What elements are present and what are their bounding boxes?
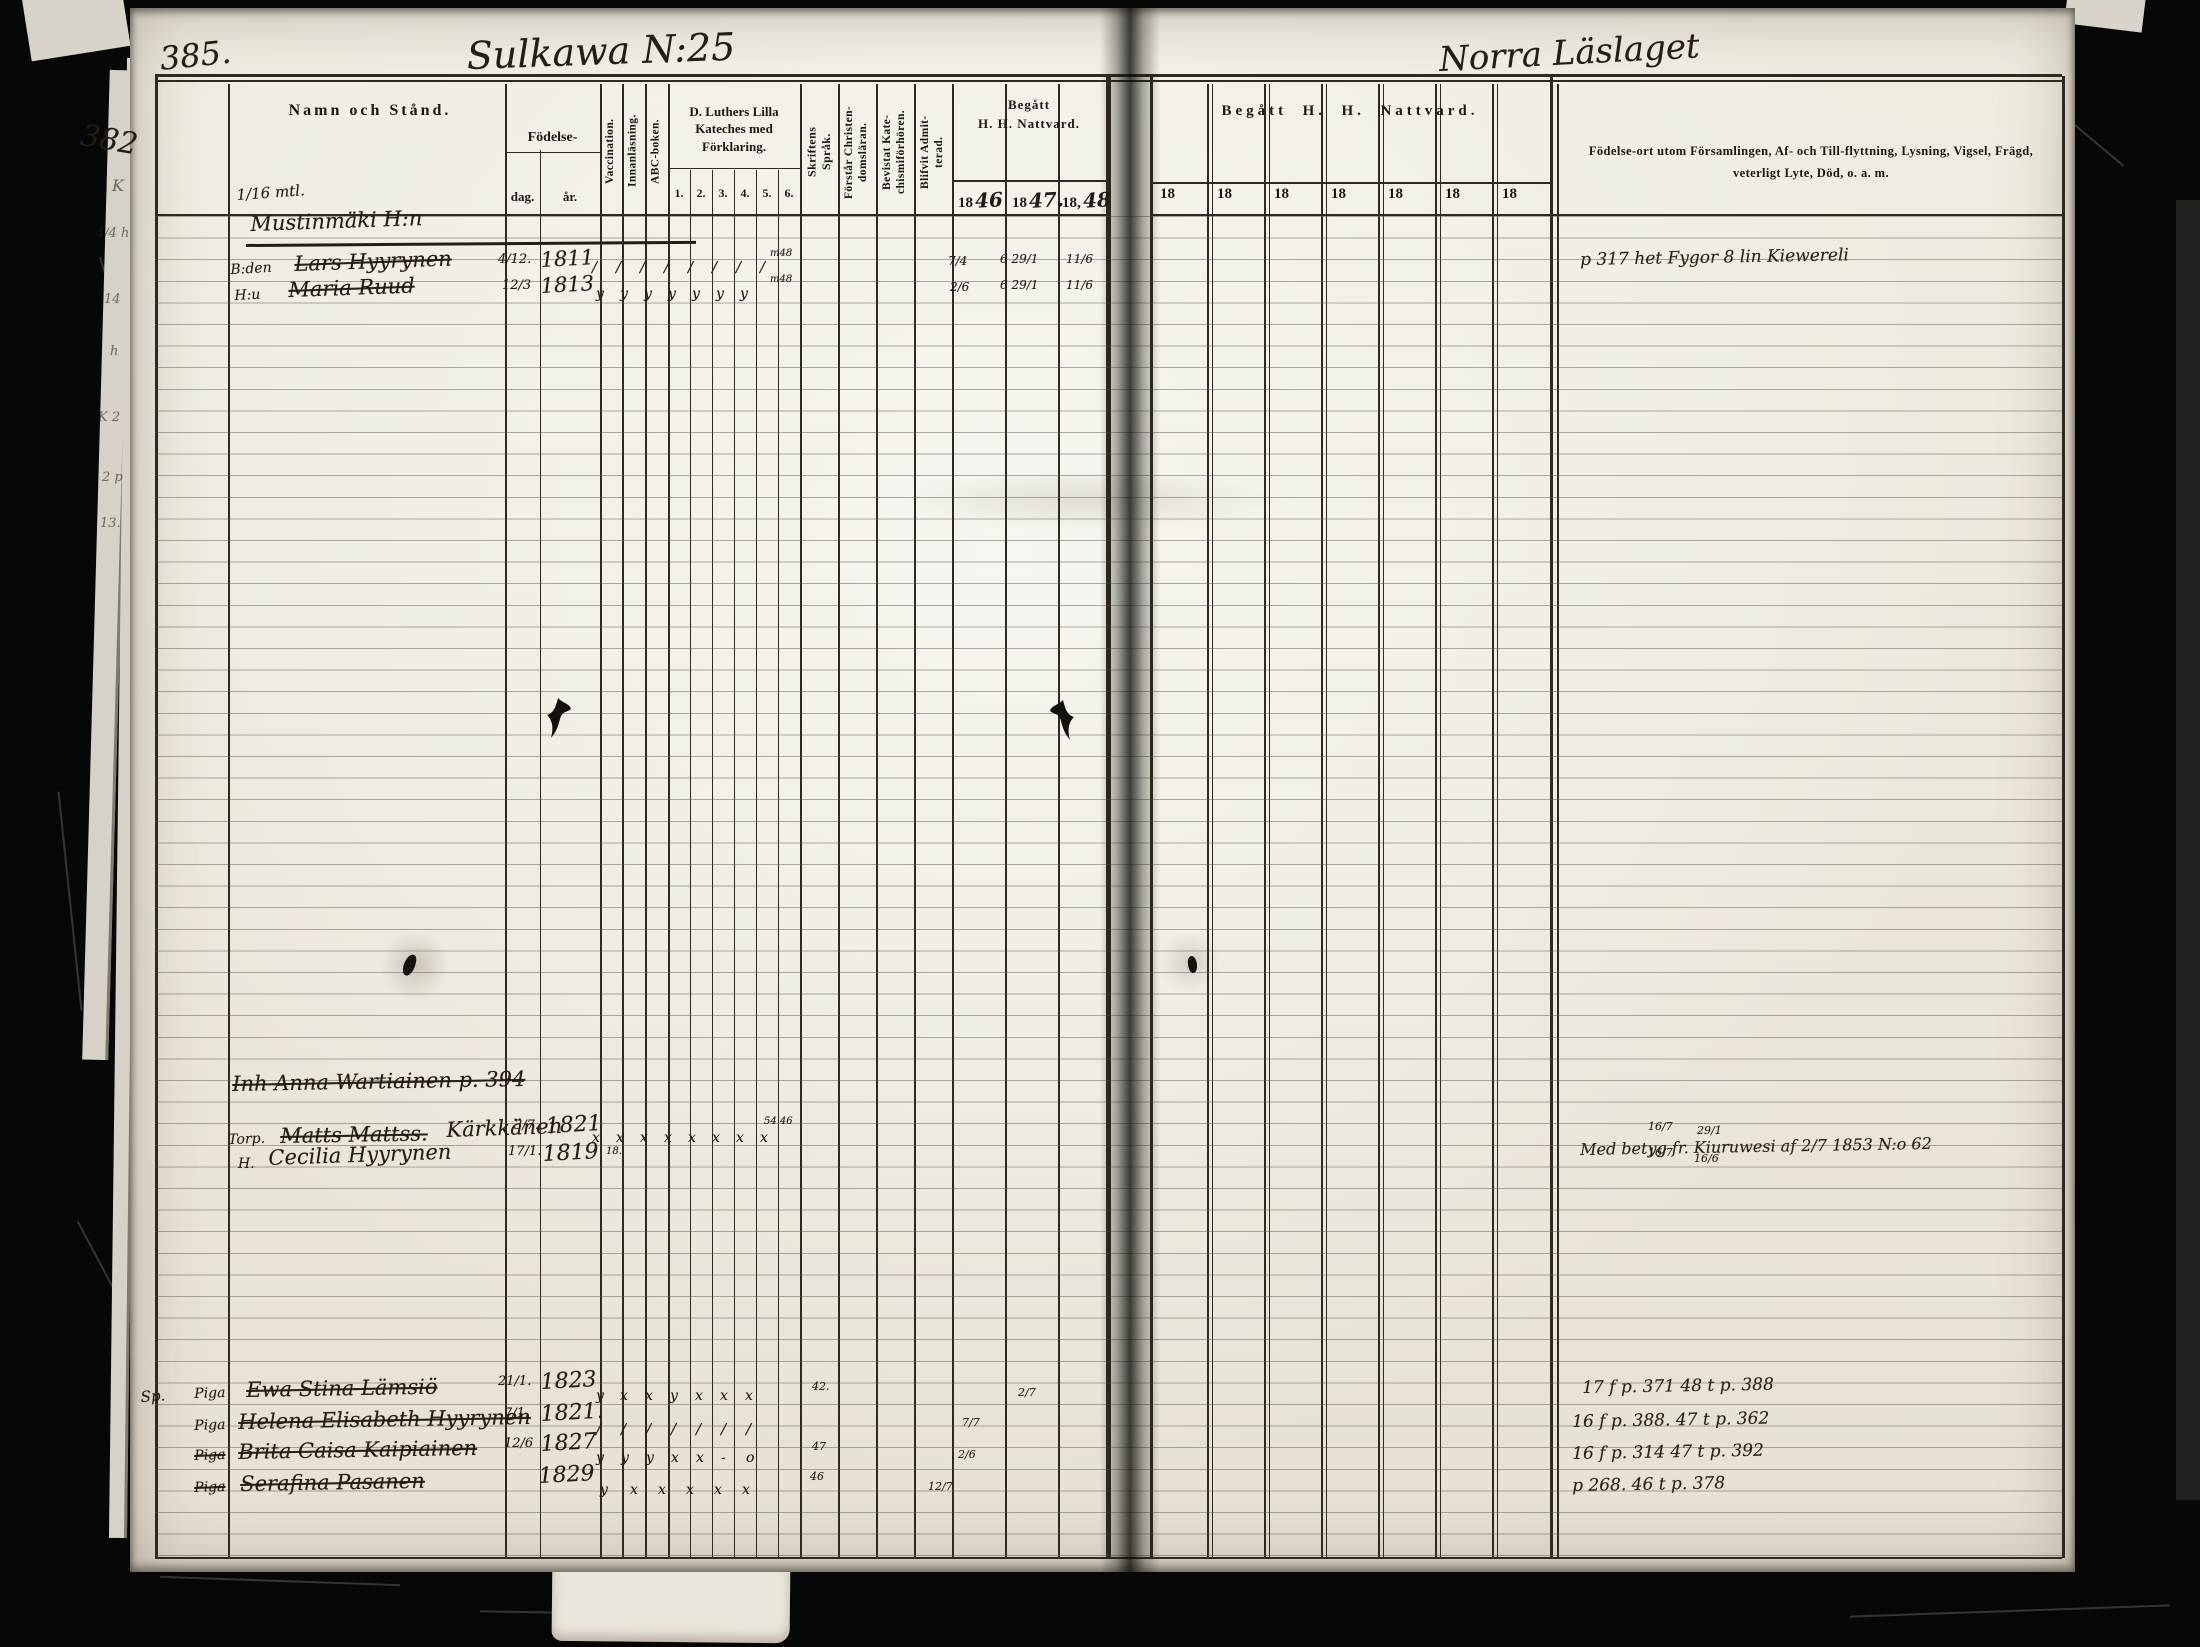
birth-year-header: år. [540,186,600,208]
row3-birth-day: 3/7. [514,1118,539,1133]
right-year-label: 18 [1274,186,1289,203]
handwritten-text: 16/7 [1648,1146,1673,1159]
handwritten-text: y [668,286,676,302]
row8-birth-year: 1829 [538,1461,595,1489]
ink-blot [1046,698,1076,742]
handwritten-text: 12/7 [928,1480,953,1493]
handwritten-text: x [658,1482,666,1498]
handwritten-text: 16/6 [1694,1152,1719,1165]
communion-right-header: Begått H. H. Nattvard. [1150,96,1550,126]
row-line [505,152,600,153]
handwritten-text: x [671,1450,679,1466]
handwritten-text: 2/7 [1018,1386,1036,1399]
handwritten-text: x [688,1130,696,1146]
communion-left-header: Begått H. H. Nattvard. [952,92,1106,136]
birth-day-header: dag. [505,186,540,208]
handwritten-text: 42. [812,1380,830,1393]
right-year-label: 18 [1445,186,1460,203]
handwritten-text: o [746,1450,754,1466]
handwritten-text: / [721,1420,726,1438]
row4-status: H. [238,1156,255,1172]
catechism-col-number: 3. [712,186,734,201]
row7-name: Brita Caisa Kaipiainen [238,1436,477,1464]
handwritten-text: / [616,258,621,276]
handwritten-text: 11/6 [1066,278,1093,292]
handwritten-text: x [645,1388,653,1404]
row1-birth-day: 4/12. [498,252,531,267]
row-line [1150,182,1550,184]
handwritten-text: 7/7 [962,1416,980,1429]
reading-header: Innanläsning. [622,88,645,214]
catechism-col-number: 6. [778,186,800,201]
handwritten-text: / [712,258,717,276]
remarks-header: Födelse-ort utom Församlingen, Af- och T… [1572,134,2050,190]
handwritten-text: / [688,258,693,276]
row4-birth-day: 17/1. [508,1144,541,1159]
right-year-label: 18 [1388,186,1403,203]
abc-book-header: ABC-boken. [645,88,668,214]
vaccination-header: Vaccination. [600,88,622,214]
farm-share: 1/16 mtl. [236,181,305,204]
year-cell-1848: 18,48 [1062,184,1108,212]
row1-birth-year: 1811 [540,245,595,272]
ruled-lines [155,216,2062,1558]
handwritten-text: y [596,1450,604,1466]
handwritten-text: 14 [104,292,121,307]
handwritten-text: 6 29/1 [1000,252,1038,266]
handwritten-text: 13. [100,516,121,531]
row-line [155,80,2062,82]
handwritten-text: K 2 [98,410,120,425]
handwritten-text: 46 [810,1470,824,1483]
handwritten-text: / [736,258,741,276]
column-line [2062,76,2065,1558]
row6-birth-year: 1821. [540,1399,604,1427]
handwritten-text: y [716,286,724,302]
row-line [668,168,800,169]
handwritten-text: x [745,1388,753,1404]
row4-birth-year: 1819 [542,1139,599,1167]
row2-status: H:u [234,287,261,304]
handwritten-text: x [686,1482,694,1498]
handwritten-text: 18. [606,1146,622,1157]
name-column-header: Namn och Stånd. [240,96,500,126]
handwritten-text: 47 [812,1440,826,1453]
handwritten-text: h [110,344,118,359]
handwritten-text: / [664,258,669,276]
handwritten-text: y [596,286,604,302]
scanned-document: Namn och Stånd. Födelse- dag. år. Vaccin… [0,0,2200,1647]
handwritten-text: - [721,1450,726,1466]
row2-birth-year: 1813 [540,271,595,298]
handwritten-text: x [640,1130,648,1146]
handwritten-text: K [112,176,124,195]
handwritten-text: m48 [770,248,792,259]
handwritten-text: x [664,1130,672,1146]
handwritten-text: y [740,286,748,302]
row1-status: B:den [230,260,272,278]
handwritten-text: m48 [770,274,792,285]
handwritten-text: 4/4 h [96,226,129,241]
catechism-col-number: 2. [690,186,712,201]
underlying-page-number: 382 [78,118,140,162]
row7-birth-day: 12/6 [504,1436,533,1451]
year-cell-1847: 1847. [1012,184,1058,212]
handwritten-text: / [760,258,765,276]
handwritten-text: 11/6 [1066,252,1093,266]
row7-birth-year: 1827 [540,1429,597,1457]
right-year-label: 18 [1160,186,1175,203]
row7-remark: 16 f p. 314 47 t p. 392 [1572,1441,1764,1464]
right-year-label: 18 [1331,186,1346,203]
handwritten-text: / [746,1420,751,1438]
handwritten-text: 16/7 [1648,1120,1673,1133]
mid-note: Inh Anna Wartiainen p. 394 [232,1067,526,1096]
row8-name: Serafina Pasanen [240,1469,425,1496]
handwritten-text: / [596,1420,601,1438]
row6-name: Helena Elisabeth Hyyrynen [238,1405,531,1434]
year-cell-1846: 1846 [958,184,1004,212]
handwritten-text: / [621,1420,626,1438]
handwritten-text: x [696,1450,704,1466]
catechism-col-number: 5. [756,186,778,201]
handwritten-text: 2/6 [958,1448,976,1461]
handwritten-text: x [736,1130,744,1146]
handwritten-text: y [600,1482,608,1498]
handwritten-text: y [620,286,628,302]
handwritten-text: y [644,286,652,302]
handwritten-text: x [712,1130,720,1146]
handwritten-text: / [671,1420,676,1438]
page-content: Namn och Stånd. Födelse- dag. år. Vaccin… [0,0,2200,1647]
row7-status: Piga [194,1447,226,1464]
handwritten-text: x [620,1388,628,1404]
attended-header: Bevistat Kate- chismiförhören. [876,88,914,216]
handwritten-text: 29/1 [1697,1124,1722,1137]
handwritten-text: y [670,1388,678,1404]
row5-birth-year: 1823 [540,1367,597,1395]
handwritten-text: y [621,1450,629,1466]
row6-birth-day: 7/1. [504,1406,529,1421]
row8-remark: p 268. 46 t p. 378 [1572,1473,1725,1496]
scripture-header: Skriftens Språk. [800,88,838,216]
row5-remark: 17 f p. 371 48 t p. 388 [1582,1375,1774,1398]
catechism-col-number: 4. [734,186,756,201]
left-page-number: 385. [158,33,233,78]
left-page-title: Sulkawa N:25 [466,25,736,78]
handwritten-text: 54 46 [764,1116,793,1127]
handwritten-text: x [714,1482,722,1498]
row2-birth-day: 12/3 [502,278,531,293]
handwritten-text: y [646,1450,654,1466]
row8-status: Piga [194,1479,226,1496]
handwritten-text: x [760,1130,768,1146]
row-line [155,74,2062,77]
handwritten-text: 6 29/1 [1000,278,1038,292]
ink-blot [545,696,575,740]
admitted-header: Blifvit Admit- terad. [914,88,952,216]
handwritten-text: x [630,1482,638,1498]
row5-status: Piga [194,1385,226,1402]
row5-birth-day: 21/1. [498,1374,531,1389]
handwritten-text: 7/4 [948,254,967,268]
row2-name: Maria Ruud [288,274,415,302]
right-year-label: 18 [1502,186,1517,203]
catechism-header: D. Luthers Lilla Kateches med Förklaring… [668,92,800,166]
row6-remark: 16 f p. 388. 47 t p. 362 [1572,1409,1769,1432]
handwritten-text: / [640,258,645,276]
row6-status: Piga [194,1417,226,1434]
handwritten-text: / [646,1420,651,1438]
handwritten-text: x [695,1388,703,1404]
handwritten-text: 2 p [102,470,123,485]
row-line [952,180,1106,182]
handwritten-text: x [720,1388,728,1404]
right-page-title: Norra Läslaget [1438,26,1701,80]
handwritten-text: x [742,1482,750,1498]
handwritten-text: 2/6 [950,280,969,294]
understands-header: Förstår Christen- domsläran. [838,88,876,216]
catechism-col-number: 1. [668,186,690,201]
right-year-label: 18 [1217,186,1232,203]
row3-status: Torp. [228,1131,265,1148]
birth-header: Födelse- [505,126,600,150]
handwritten-text: y [692,286,700,302]
handwritten-text: / [696,1420,701,1438]
handwritten-text: x [616,1130,624,1146]
bottom-margin: Sp. [140,1386,166,1406]
row5-name: Ewa Stina Lämsiö [246,1375,438,1402]
